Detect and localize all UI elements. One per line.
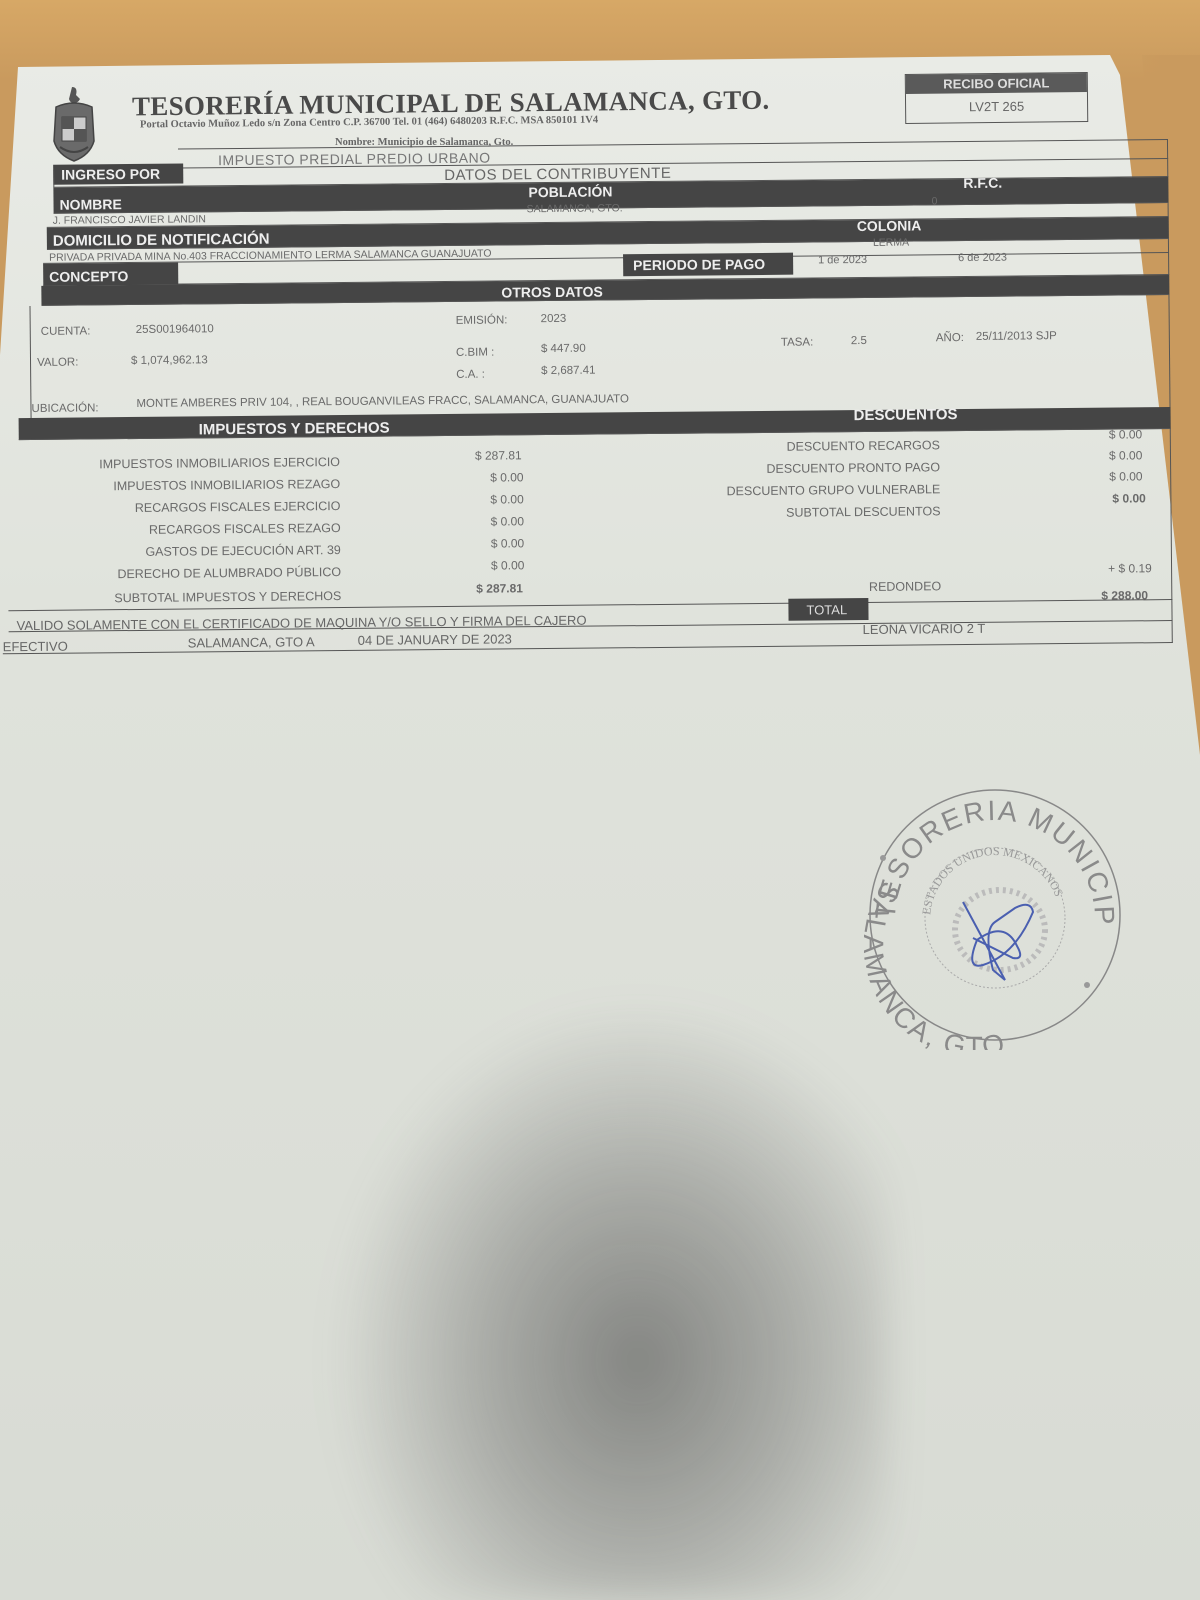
rfc-label: R.F.C. bbox=[963, 175, 1002, 191]
impuesto-amount: $ 0.00 bbox=[490, 470, 524, 484]
descuento-amount: $ 0.00 bbox=[1109, 427, 1143, 441]
official-stamp: TESORERIA MUNICIPAL SALAMANCA, GTO ESTAD… bbox=[855, 770, 1125, 1050]
total-label-box: TOTAL bbox=[788, 598, 868, 621]
contribuyente-section-title: DATOS DEL CONTRIBUYENTE bbox=[444, 165, 671, 184]
impuesto-label: GASTOS DE EJECUCIÓN ART. 39 bbox=[145, 543, 341, 559]
impuesto-amount: $ 0.00 bbox=[491, 514, 525, 528]
tasa-value: 2.5 bbox=[851, 335, 867, 347]
impuestos-title: IMPUESTOS Y DERECHOS bbox=[199, 420, 390, 439]
impuesto-label: RECARGOS FISCALES REZAGO bbox=[149, 521, 341, 537]
poblacion-value: SALAMANCA, GTO. bbox=[527, 202, 623, 215]
receipt-number-box: RECIBO OFICIAL LV2T 265 bbox=[905, 72, 1089, 124]
total-amount: $ 288.00 bbox=[1101, 588, 1148, 602]
impuestos-subtotal-label: SUBTOTAL IMPUESTOS Y DERECHOS bbox=[114, 589, 341, 605]
impuestos-subtotal-amount: $ 287.81 bbox=[476, 581, 523, 595]
cuenta-label: CUENTA: bbox=[41, 325, 91, 337]
place: SALAMANCA, GTO A bbox=[188, 634, 315, 650]
descuentos-title: DESCUENTOS bbox=[854, 406, 958, 424]
periodo-hasta: 6 de 2023 bbox=[958, 252, 1007, 264]
items-body: IMPUESTOS INMOBILIARIOS EJERCICIO $ 287.… bbox=[17, 429, 1173, 610]
otros-datos-body: CUENTA: 25S001964010 EMISIÓN: 2023 VALOR… bbox=[29, 295, 1170, 418]
descuento-amount: $ 0.00 bbox=[1109, 469, 1143, 483]
ca-label: C.A. : bbox=[456, 369, 485, 381]
rfc-value: 0 bbox=[931, 195, 937, 207]
anio-label: AÑO: bbox=[936, 332, 964, 344]
emision-value: 2023 bbox=[541, 313, 567, 325]
impuesto-label: RECARGOS FISCALES EJERCICIO bbox=[135, 499, 341, 515]
svg-text:ESTADOS UNIDOS MEXICANOS: ESTADOS UNIDOS MEXICANOS bbox=[919, 844, 1066, 916]
payment-method: EFECTIVO bbox=[3, 639, 68, 655]
cbim-label: C.BIM : bbox=[456, 347, 494, 359]
descuento-label: DESCUENTO PRONTO PAGO bbox=[766, 460, 940, 476]
receipt-label: RECIBO OFICIAL bbox=[906, 73, 1087, 94]
concepto-label: CONCEPTO bbox=[49, 268, 128, 285]
impuesto-amount: $ 0.00 bbox=[491, 536, 525, 550]
valor-label: VALOR: bbox=[37, 357, 78, 369]
date: 04 DE JANUARY DE 2023 bbox=[358, 631, 512, 647]
ubicacion-label: UBICACIÓN: bbox=[31, 402, 98, 415]
tasa-label: TASA: bbox=[781, 336, 814, 348]
impuesto-label: IMPUESTOS INMOBILIARIOS REZAGO bbox=[113, 477, 340, 493]
periodo-label-box: PERIODO DE PAGO bbox=[623, 253, 793, 277]
impuesto-amount: $ 0.00 bbox=[490, 492, 524, 506]
domicilio-label: DOMICILIO DE NOTIFICACIÓN bbox=[53, 231, 270, 250]
descuento-amount: $ 0.00 bbox=[1109, 448, 1143, 462]
nombre-value: J. FRANCISCO JAVIER LANDIN bbox=[53, 213, 206, 226]
cuenta-value: 25S001964010 bbox=[136, 323, 214, 336]
otros-datos-title: OTROS DATOS bbox=[501, 283, 603, 300]
periodo-desde: 1 de 2023 bbox=[818, 254, 867, 266]
impuesto-amount: $ 0.00 bbox=[491, 558, 525, 572]
colonia-value: LERMA bbox=[873, 237, 909, 249]
cashier-office: LEONA VICARIO 2 T bbox=[863, 621, 986, 637]
hand-shadow bbox=[330, 1000, 890, 1600]
descuento-label: DESCUENTO RECARGOS bbox=[787, 438, 940, 453]
ca-value: $ 2,687.41 bbox=[541, 365, 595, 378]
impuesto-label: IMPUESTOS INMOBILIARIOS EJERCICIO bbox=[99, 455, 340, 471]
receipt-form: IMPUESTO PREDIAL PREDIO URBANO INGRESO P… bbox=[28, 139, 1173, 654]
descuentos-subtotal-amount: $ 0.00 bbox=[1112, 491, 1146, 505]
poblacion-label: POBLACIÓN bbox=[528, 183, 612, 200]
valor-value: $ 1,074,962.13 bbox=[131, 354, 208, 367]
redondeo-label: REDONDEO bbox=[869, 579, 941, 594]
stamp-inner-text: ESTADOS UNIDOS MEXICANOS bbox=[919, 844, 1066, 916]
handwritten-signature-icon bbox=[963, 902, 1033, 980]
descuento-label: DESCUENTO GRUPO VULNERABLE bbox=[727, 482, 941, 498]
concepto-label-box: CONCEPTO bbox=[43, 263, 178, 286]
cbim-value: $ 447.90 bbox=[541, 343, 586, 355]
impuesto-amount: $ 287.81 bbox=[475, 448, 522, 462]
anio-value: 25/11/2013 SJP bbox=[976, 330, 1057, 343]
emision-label: EMISIÓN: bbox=[456, 314, 508, 326]
receipt-number: LV2T 265 bbox=[906, 92, 1087, 122]
total-label: TOTAL bbox=[806, 602, 847, 617]
descuentos-subtotal-label: SUBTOTAL DESCUENTOS bbox=[786, 504, 941, 519]
colonia-label: COLONIA bbox=[857, 217, 922, 234]
impuesto-label: DERECHO DE ALUMBRADO PÚBLICO bbox=[117, 565, 341, 581]
periodo-label: PERIODO DE PAGO bbox=[633, 256, 765, 273]
nombre-label: NOMBRE bbox=[59, 196, 121, 213]
ubicacion-value: MONTE AMBERES PRIV 104, , REAL BOUGANVIL… bbox=[136, 393, 629, 410]
redondeo-amount: + $ 0.19 bbox=[1108, 561, 1152, 575]
